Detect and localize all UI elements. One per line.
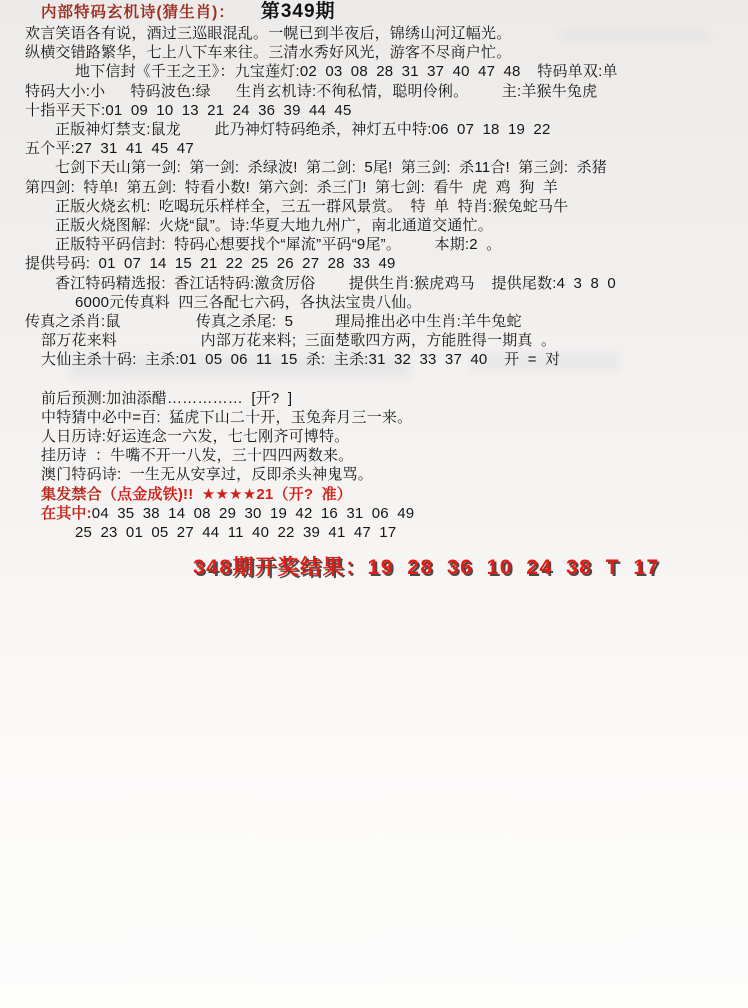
huoshao-xuanji-line: 正版火烧玄机: 吃喝玩乐样样全，三五一群风景赏。 特 单 特肖:猴兔蛇马牛 (25, 197, 748, 216)
issue-number: 第349期 (261, 1, 336, 22)
fax-6000-line: 6000元传真料 四三各配七六码，各执法宝贵八仙。 (25, 293, 748, 312)
poem-line-2: 纵横交错路繁华，七上八下车来往。三清水秀好风光，游客不尽商户忙。 (25, 43, 748, 62)
forecast-line: 前后预测:加油添醋…………… [开? ] (25, 389, 748, 408)
jifa-label: 集发禁合 (41, 486, 102, 503)
poem-line-1: 欢言笑语各有说，酒过三巡眼混乱。一幌已到半夜后，锦绣山河辽幅光。 (25, 24, 748, 43)
huoshao-tujie-line: 正版火烧图解: 火烧“鼠”。诗:华夏大地九州广，南北通道交通忙。 (25, 216, 748, 235)
provided-numbers-line: 提供号码: 01 07 14 15 21 22 25 26 27 28 33 4… (25, 254, 748, 273)
tema-attributes-line: 特码大小:小 特码波色:绿 生肖玄机诗:不徇私情，聪明伶俐。 主:羊猴牛兔虎 (25, 82, 748, 101)
renri-poem-line: 人日历诗:好运连念一六发，七七刚齐可博特。 (25, 427, 748, 446)
previous-draw-result: 348期开奖结果：19 28 36 10 24 38 T 17 (193, 551, 748, 581)
zhongte-line: 中特猜中必中=百: 猛虎下山二十开，玉兔奔月三一来。 (25, 408, 748, 427)
zaiqizhong-label: 在其中: (41, 505, 92, 522)
five-ping-line: 五个平:27 31 41 45 47 (25, 139, 748, 158)
sheet-title: 内部特码玄机诗(猜生肖)： (41, 4, 235, 21)
ten-fingers-line: 十指平天下:01 09 10 13 21 24 36 39 44 45 (25, 101, 748, 120)
underground-envelope-line: 地下信封《千王之王》：九宝莲灯:02 03 08 28 31 37 40 47 … (25, 62, 748, 81)
jifa-jinhe-line: 集发禁合（点金成铁)!! ★★★★21（开? 准） (25, 485, 748, 504)
seven-swords-line-2: 第四剑: 特单! 第五剑: 特看小数! 第六剑: 杀三门! 第七剑: 看牛 虎 … (25, 178, 748, 197)
seven-swords-line-1: 七剑下天山第一剑: 第一剑: 杀绿波! 第二剑: 5尾! 第三剑: 杀11合! … (25, 158, 748, 177)
aomen-poem-line: 澳门特码诗: 一生无从安享过，反即杀头神鬼骂。 (25, 465, 748, 484)
sheet-header: 内部特码玄机诗(猜生肖)：第349期 (25, 1, 748, 23)
daxian-kill-line: 大仙主杀十码: 主杀:01 05 06 11 15 杀: 主杀:31 32 33… (25, 350, 748, 369)
jifa-stars-text: （点金成铁)!! ★★★★21（开? 准） (102, 486, 352, 503)
fax-kill-line: 传真之杀肖:鼠 传真之杀尾: 5 理局推出必中生肖:羊牛兔蛇 (25, 312, 748, 331)
teping-envelope-line: 正版特平码信封: 特码心想要找个“犀流”平码“9尾”。 本期:2 。 (25, 235, 748, 254)
xiangjiang-line: 香江特码精选报: 香江话特码:激贪厉俗 提供生肖:猴虎鸡马 提供尾数:4 3 8… (25, 274, 748, 293)
zaiqizhong-numbers: 04 35 38 14 08 29 30 19 42 16 31 06 49 (92, 505, 415, 522)
lottery-tip-sheet: 内部特码玄机诗(猜生肖)：第349期 欢言笑语各有说，酒过三巡眼混乱。一幌已到半… (0, 0, 748, 581)
guali-poem-line: 挂历诗 ：牛嘴不开一八发，三十四四两数来。 (25, 446, 748, 465)
shendeng-ban-line: 正版神灯禁支:鼠龙 此乃神灯特码绝杀，神灯五中特:06 07 18 19 22 (25, 120, 748, 139)
zaiqizhong-line-2: 25 23 01 05 27 44 11 40 22 39 41 47 17 (25, 523, 748, 542)
zaiqizhong-line: 在其中:04 35 38 14 08 29 30 19 42 16 31 06 … (25, 504, 748, 523)
wanhua-line: 部万花来料 内部万花来料; 三面楚歌四方两，方能胜得一期真 。 (25, 331, 748, 350)
